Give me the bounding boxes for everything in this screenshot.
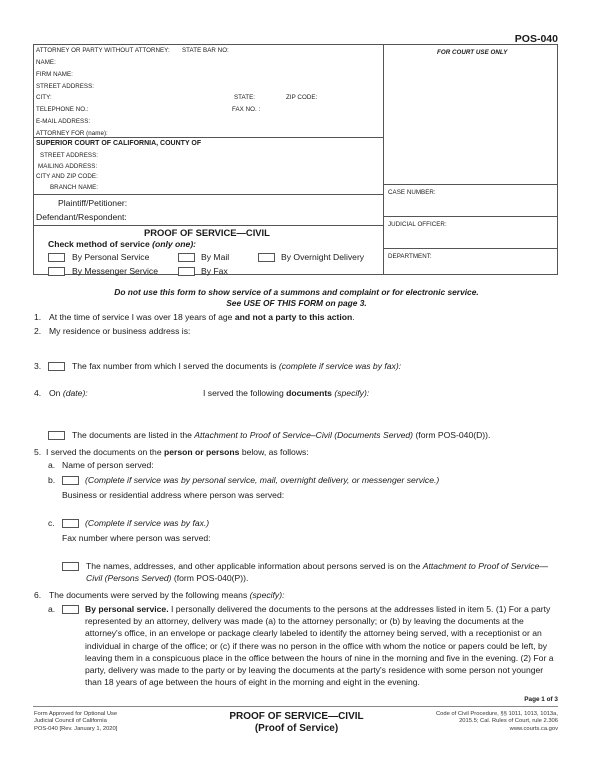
method-mail-checkbox[interactable] [178, 253, 195, 262]
item-5c-text: (Complete if service was by fax.) [85, 518, 209, 528]
item-6a-text: I personally delivered the documents to … [85, 604, 554, 687]
method-personal-label: By Personal Service [72, 252, 149, 262]
item-5-attachment-checkbox[interactable] [62, 562, 79, 571]
item-5-text: I served the documents on the person or … [46, 447, 309, 457]
item-5a-letter: a. [48, 460, 55, 470]
footer-right: Code of Civil Procedure, §§ 1011, 1013, … [436, 711, 558, 733]
item-4-attachment-checkbox[interactable] [48, 431, 65, 440]
item-4-served-italic: (specify): [332, 388, 369, 398]
court-use-label: FOR COURT USE ONLY [437, 49, 507, 56]
item-6a-checkbox[interactable] [62, 605, 79, 614]
court-title: SUPERIOR COURT OF CALIFORNIA, COUNTY OF [36, 140, 201, 147]
court-city-zip-label: CITY AND ZIP CODE: [36, 173, 98, 180]
warning-line-1: Do not use this form to show service of … [0, 287, 593, 297]
item-3-checkbox[interactable] [48, 362, 65, 371]
item-4-attachment-plain: The documents are listed in the [72, 430, 194, 440]
street-address-label: STREET ADDRESS: [36, 83, 94, 90]
item-5-attachment-line-1: The names, addresses, and other applicab… [86, 561, 548, 571]
item-5b-checkbox[interactable] [62, 476, 79, 485]
item-4-attachment-end: (form POS-040(D)). [413, 430, 490, 440]
item-5-text-plain: I served the documents on the [46, 447, 164, 457]
item-5-attachment-line-2: Civil (Persons Served) (form POS-040(P))… [86, 573, 248, 583]
form-title: PROOF OF SERVICE—CIVIL [144, 227, 270, 238]
method-messenger-checkbox[interactable] [48, 267, 65, 276]
method-overnight-label: By Overnight Delivery [281, 252, 364, 262]
item-1-text-plain: At the time of service I was over 18 yea… [49, 312, 235, 322]
item-4-date-italic: (date): [63, 388, 88, 398]
firm-name-label: FIRM NAME: [36, 71, 73, 78]
item-3-number: 3. [34, 361, 41, 371]
attorney-label: ATTORNEY OR PARTY WITHOUT ATTORNEY: [36, 47, 170, 54]
item-5b-letter: b. [48, 475, 55, 485]
divider [383, 216, 558, 217]
item-6-text-italic: (specify): [250, 590, 285, 600]
item-5b-address-label: Business or residential address where pe… [62, 490, 284, 500]
department-label: DEPARTMENT: [388, 253, 432, 260]
defendant-label: Defendant/Respondent: [36, 212, 127, 222]
item-2-text: My residence or business address is: [49, 326, 190, 336]
item-6a-bold: By personal service. [85, 604, 169, 614]
email-label: E-MAIL ADDRESS: [36, 118, 90, 125]
state-bar-label: STATE BAR NO: [182, 47, 229, 54]
method-mail-label: By Mail [201, 252, 229, 262]
item-5-attachment-plain: The names, addresses, and other applicab… [86, 561, 423, 571]
item-5-text-end: below, as follows: [239, 447, 308, 457]
footer-divider [33, 706, 558, 707]
plaintiff-label: Plaintiff/Petitioner: [58, 198, 127, 208]
item-4-served-text: I served the following [203, 388, 286, 398]
item-6-text: The documents were served by the followi… [49, 590, 284, 600]
telephone-label: TELEPHONE NO.: [36, 106, 89, 113]
case-number-label: CASE NUMBER: [388, 189, 436, 196]
court-branch-label: BRANCH NAME: [50, 184, 98, 191]
item-1-text-end: . [352, 312, 354, 322]
name-label: NAME: [36, 59, 56, 66]
item-5-text-bold: person or persons [164, 447, 239, 457]
method-heading-text: Check method of service [48, 239, 150, 249]
method-overnight-checkbox[interactable] [258, 253, 275, 262]
footer-right-line-2: 2015.5; Cal. Rules of Court, rule 2.306 [436, 718, 558, 725]
footer-right-line-3[interactable]: www.courts.ca.gov [436, 726, 558, 733]
footer-right-line-1: Code of Civil Procedure, §§ 1011, 1013, … [436, 711, 558, 718]
item-6-number: 6. [34, 590, 41, 600]
item-4-attachment-text: The documents are listed in the Attachme… [72, 430, 490, 440]
divider [383, 248, 558, 249]
item-4-number: 4. [34, 388, 41, 398]
item-5-attachment-end: (form POS-040(P)). [171, 573, 248, 583]
item-5c-fax-label: Fax number where person was served: [62, 533, 211, 543]
item-4-date-label: On (date): [49, 388, 88, 398]
item-1-text: At the time of service I was over 18 yea… [49, 312, 355, 322]
divider [383, 184, 558, 185]
zip-label: ZIP CODE: [286, 94, 317, 101]
method-heading: Check method of service (only one): [48, 239, 196, 249]
item-4-on: On [49, 388, 63, 398]
item-6-text-plain: The documents were served by the followi… [49, 590, 250, 600]
city-label: CITY: [36, 94, 52, 101]
item-2-number: 2. [34, 326, 41, 336]
method-heading-note: (only one): [152, 239, 196, 249]
item-5a-text: Name of person served: [62, 460, 154, 470]
divider [33, 225, 383, 226]
attorney-for-label: ATTORNEY FOR (name): [36, 130, 108, 137]
judicial-officer-label: JUDICIAL OFFICER: [388, 221, 447, 228]
warning-line-2: See USE OF THIS FORM on page 3. [0, 298, 593, 308]
item-1-number: 1. [34, 312, 41, 322]
item-3-text-italic: (complete if service was by fax): [279, 361, 401, 371]
item-4-served-bold: documents [286, 388, 332, 398]
method-personal-checkbox[interactable] [48, 253, 65, 262]
court-mailing-label: MAILING ADDRESS: [38, 163, 97, 170]
court-street-label: STREET ADDRESS: [40, 152, 98, 159]
item-4-documents-label: I served the following documents (specif… [203, 388, 369, 398]
item-4-attachment-italic: Attachment to Proof of Service–Civil (Do… [194, 430, 413, 440]
item-5-attachment-italic-1: Attachment to Proof of Service— [423, 561, 548, 571]
item-5-attachment-italic-2: Civil (Persons Served) [86, 573, 171, 583]
divider [33, 194, 383, 195]
item-5b-text: (Complete if service was by personal ser… [85, 475, 439, 485]
divider [33, 137, 383, 138]
page-number: Page 1 of 3 [524, 696, 558, 703]
item-5-number: 5. [34, 447, 41, 457]
fax-label: FAX NO. : [232, 106, 260, 113]
state-label: STATE: [234, 94, 255, 101]
item-6a-paragraph: By personal service. I personally delive… [85, 603, 555, 688]
item-1-text-bold: and not a party to this action [235, 312, 352, 322]
item-5c-letter: c. [48, 518, 55, 528]
method-messenger-label: By Messenger Service [72, 266, 158, 276]
item-5c-checkbox[interactable] [62, 519, 79, 528]
item-3-text-plain: The fax number from which I served the d… [72, 361, 279, 371]
caption-divider [383, 44, 384, 275]
method-fax-label: By Fax [201, 266, 228, 276]
item-6a-letter: a. [48, 604, 55, 614]
method-fax-checkbox[interactable] [178, 267, 195, 276]
item-3-text: The fax number from which I served the d… [72, 361, 401, 371]
